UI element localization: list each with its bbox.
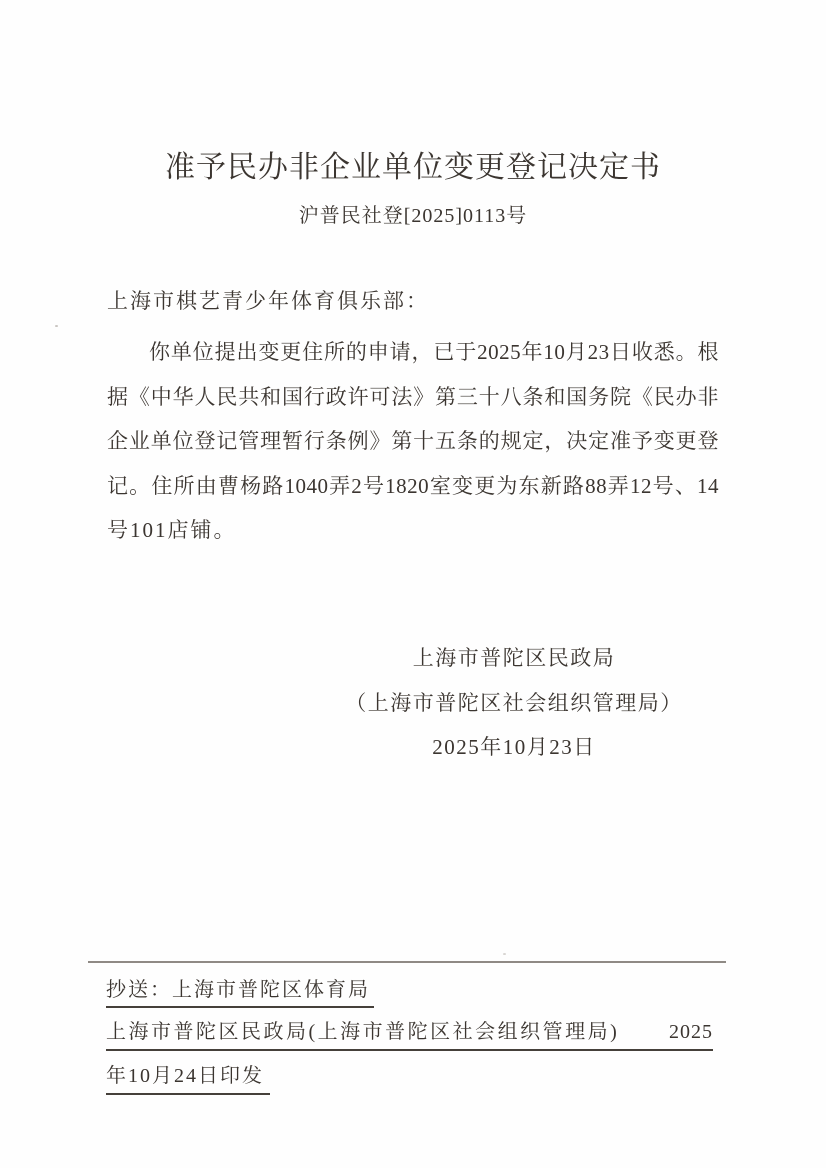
decision-date: 2025年10月23日 [308,725,720,770]
body-line: 号101店铺。 [107,508,719,553]
body-line: 记。住所由曹杨路1040弄2号1820室变更为东新路88弄12号、14 [107,464,719,509]
scan-speck [503,953,506,955]
addressee-line: 上海市棋艺青少年体育俱乐部： [107,285,429,315]
body-paragraph: 你单位提出变更住所的申请，已于2025年10月23日收悉。根 据《中华人民共和国… [107,330,719,553]
document-page: 准予民办非企业单位变更登记决定书 沪普民社登[2025]0113号 上海市棋艺青… [0,0,826,1168]
body-line: 据《中华人民共和国行政许可法》第三十八条和国务院《民办非 [107,375,719,420]
document-title: 准予民办非企业单位变更登记决定书 [0,142,826,186]
issue-date-continuation: 年10月24日印发 [106,1059,270,1095]
scan-speck [55,325,58,327]
issue-info-line: 上海市普陀区民政局(上海市普陀区社会组织管理局) 2025 [106,1015,713,1051]
issue-year: 2025 [669,1021,713,1044]
footer-divider [88,961,726,963]
body-line: 企业单位登记管理暂行条例》第十五条的规定，决定准予变更登 [107,419,719,464]
document-number: 沪普民社登[2025]0113号 [0,199,826,228]
issuer-name: 上海市普陀区民政局 [308,636,720,681]
issue-org: 上海市普陀区民政局(上海市普陀区社会组织管理局) [106,1015,619,1044]
cc-line: 抄送：上海市普陀区体育局 [106,973,374,1008]
body-line: 你单位提出变更住所的申请，已于2025年10月23日收悉。根 [107,330,719,375]
issuer-alias: （上海市普陀区社会组织管理局） [308,681,720,726]
signature-block: 上海市普陀区民政局 （上海市普陀区社会组织管理局） 2025年10月23日 [308,636,720,770]
